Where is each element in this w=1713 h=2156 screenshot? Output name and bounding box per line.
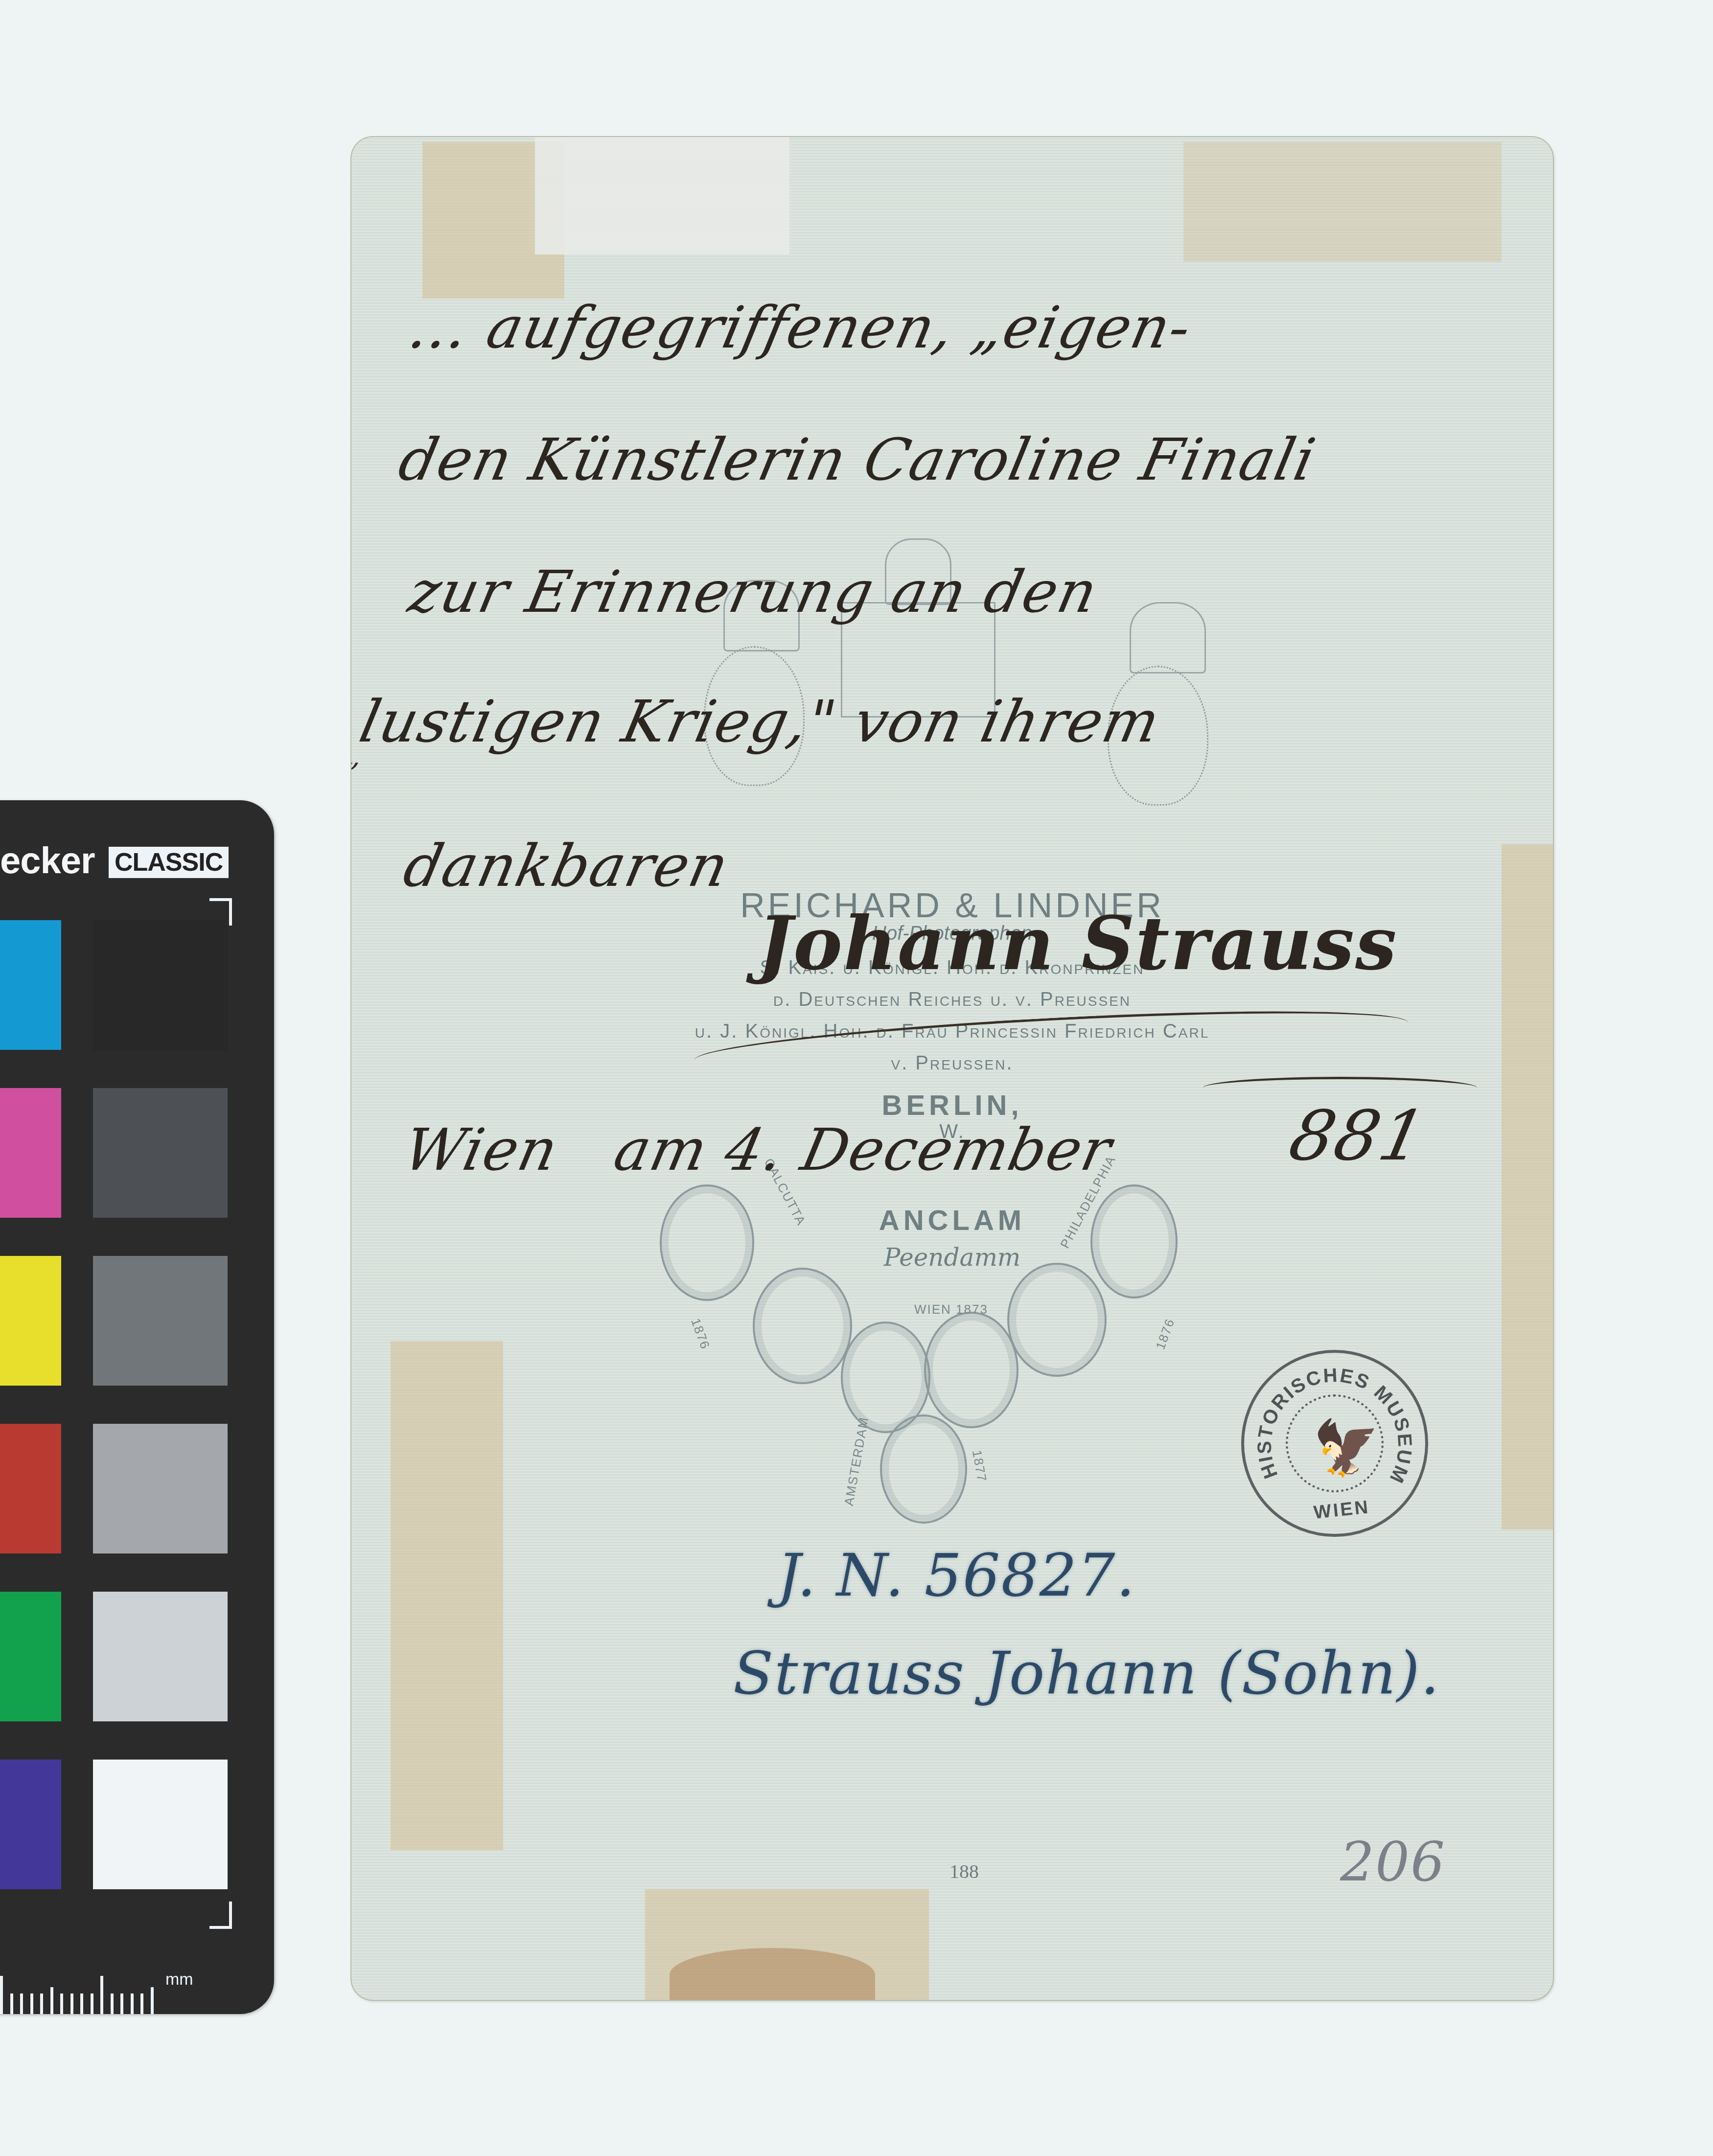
colour-swatch xyxy=(0,920,61,1050)
ruler-tick xyxy=(80,1994,83,2014)
checker-brand-text: ecker xyxy=(0,839,95,882)
checker-badge: CLASSIC xyxy=(109,847,229,878)
ruler-tick xyxy=(120,1994,123,2014)
tape-strip xyxy=(1502,844,1553,1530)
eagle-icon: 🦅 xyxy=(1313,1416,1380,1480)
ruler-tick xyxy=(40,1994,43,2014)
archive-name: Strauss Johann (Sohn). xyxy=(733,1640,1440,1708)
medal-icon xyxy=(880,1414,967,1524)
colour-checker-card: ecker CLASSIC mm xyxy=(0,800,274,2014)
ruler-tick xyxy=(131,1994,134,2014)
handwriting-line-4: lustigen Krieg," von ihrem xyxy=(354,688,1166,755)
colour-swatch xyxy=(0,1760,61,1889)
tape-strip xyxy=(391,1341,503,1850)
medal-label: WIEN 1873 xyxy=(914,1302,988,1317)
ruler-tick xyxy=(10,1994,13,2014)
ruler-tick xyxy=(91,1994,93,2014)
ruler-tick xyxy=(0,1976,3,2014)
colour-swatch xyxy=(0,1256,61,1386)
handwriting-line-2: den Künstlerin Caroline Finali xyxy=(393,426,1321,493)
signature-underline xyxy=(1203,1077,1477,1099)
medal-label: 1876 xyxy=(688,1316,713,1351)
inventory-number: J. N. 56827. xyxy=(777,1542,1136,1610)
pencil-number: 206 xyxy=(1340,1831,1446,1893)
photo-card-back: REICHARD & LINDNER Hof-Photographen S. K… xyxy=(351,137,1553,2000)
tape-strip xyxy=(535,137,789,255)
gray-swatch xyxy=(93,1088,228,1218)
handwriting-quote-mark: „ xyxy=(351,739,367,773)
ruler-tick xyxy=(151,1987,154,2014)
ruler-tick xyxy=(20,1994,23,2014)
medal-label: AMSTERDAM xyxy=(841,1415,872,1507)
handwriting-date: am 4. December xyxy=(608,1116,1118,1183)
gray-swatch xyxy=(93,1760,228,1889)
gray-swatch xyxy=(93,1256,228,1386)
ruler-tick xyxy=(100,1976,103,2014)
medal-icon xyxy=(1090,1184,1178,1298)
colour-swatch xyxy=(0,1592,61,1721)
mm-ruler xyxy=(0,1972,157,2014)
stain xyxy=(670,1948,875,2000)
imprint-street: Peendamm xyxy=(351,1243,1553,1272)
medal-icon xyxy=(1007,1263,1107,1377)
ruler-tick xyxy=(70,1994,73,2014)
handwriting-line-5: dankbaren xyxy=(398,832,735,900)
colour-swatch xyxy=(0,1088,61,1218)
medal-label: 1877 xyxy=(969,1449,990,1483)
handwriting-year: 881 xyxy=(1283,1096,1434,1176)
imprint-city-anclam: ANCLAM xyxy=(351,1204,1553,1237)
medal-label: 1876 xyxy=(1153,1316,1178,1351)
handwriting-line-3: zur Erinnerung an den xyxy=(403,558,1104,626)
signature-johann-strauss: Johann Strauss xyxy=(758,901,1397,987)
ruler-unit-label: mm xyxy=(165,1970,193,1989)
ruler-tick xyxy=(60,1994,63,2014)
colour-swatch xyxy=(0,1424,61,1553)
print-number: 188 xyxy=(949,1860,979,1883)
gray-swatch xyxy=(93,920,228,1050)
crown-icon xyxy=(1130,602,1206,673)
gray-swatch xyxy=(93,1592,228,1721)
medal-icon xyxy=(924,1312,1019,1428)
tape-strip xyxy=(1183,142,1502,262)
crop-mark-bottom-icon xyxy=(209,1901,232,1929)
medal-icon xyxy=(660,1184,754,1301)
handwriting-place: Wien xyxy=(398,1116,564,1183)
ruler-tick xyxy=(111,1994,114,2014)
gray-swatch xyxy=(93,1424,228,1553)
ruler-tick xyxy=(50,1987,53,2014)
imprint-line: d. Deutschen Reiches u. v. Preussen xyxy=(351,989,1553,1011)
medal-icon xyxy=(753,1268,852,1384)
ruler-tick xyxy=(30,1994,33,2014)
handwriting-line-1: … aufgegriffenen, „eigen- xyxy=(403,294,1198,361)
ruler-tick xyxy=(140,1994,143,2014)
museum-stamp: HISTORISCHES MUSEUM DER STADT 🦅 WIEN xyxy=(1241,1350,1428,1537)
